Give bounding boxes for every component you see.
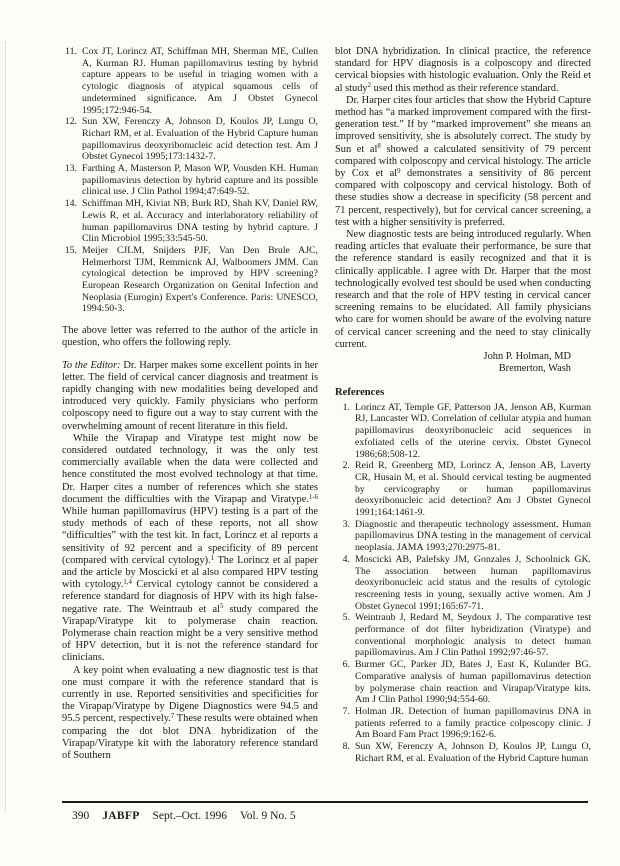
reference-list-right: 1.Lorincz AT, Temple GF, Patterson JA, J… [335, 402, 591, 765]
page-body: 11.Cox JT, Lorincz AT, Schiffman MH, She… [62, 46, 592, 802]
reference-item: 1.Lorincz AT, Temple GF, Patterson JA, J… [335, 402, 591, 461]
reply-paragraph-harper-cites: Dr. Harper cites four articles that show… [335, 95, 591, 229]
reference-item: 3.Diagnostic and therapeutic technology … [335, 519, 591, 554]
reply-paragraph-keypoint: A key point when evaluating a new diagno… [62, 665, 318, 763]
reference-list-left: 11.Cox JT, Lorincz AT, Schiffman MH, She… [62, 46, 318, 315]
right-column: blot DNA hybridization. In clinical prac… [335, 46, 591, 802]
issue-date: Sept.–Oct. 1996 [153, 810, 227, 822]
footer-divider-rule [62, 801, 588, 803]
reference-number: 1. [335, 402, 350, 414]
reference-number: 14. [62, 198, 77, 210]
reply-paragraph-virapap: While the Virapap and Viratype test migh… [62, 433, 318, 665]
reference-item: 7.Holman JR. Detection of human papillom… [335, 706, 591, 741]
reference-number: 2. [335, 460, 350, 472]
signature-name: John P. Holman, MD [335, 351, 591, 363]
reference-item: 14.Schiffman MH, Kiviat NB, Burk RD, Sha… [62, 198, 318, 245]
left-column: 11.Cox JT, Lorincz AT, Schiffman MH, She… [62, 46, 318, 802]
reference-text: Farthing A, Masterson P, Mason WP, Vousd… [82, 163, 318, 197]
reference-number: 5. [335, 612, 350, 624]
reference-item: 11.Cox JT, Lorincz AT, Schiffman MH, She… [62, 46, 318, 116]
reference-item: 2.Reid R, Greenberg MD, Lorincz A, Jenso… [335, 460, 591, 519]
reference-number: 12. [62, 116, 77, 128]
reference-number: 4. [335, 554, 350, 566]
reference-item: 13.Farthing A, Masterson P, Mason WP, Vo… [62, 163, 318, 198]
reference-number: 8. [335, 741, 350, 753]
reference-number: 3. [335, 519, 350, 531]
reference-text: Meijer CJLM, Snijders PJF, Van Den Brule… [82, 245, 318, 315]
page-number: 390 [72, 810, 89, 822]
reply-paragraph-new-tests: New diagnostic tests are being introduce… [335, 229, 591, 351]
reference-number: 11. [62, 46, 77, 58]
reference-item: 6.Burmer GC, Parker JD, Bates J, East K,… [335, 659, 591, 706]
reply-opening-paragraph: To the Editor: Dr. Harper makes some exc… [62, 360, 318, 433]
journal-page: 11.Cox JT, Lorincz AT, Schiffman MH, She… [0, 0, 620, 866]
reference-text: Schiffman MH, Kiviat NB, Burk RD, Shah K… [82, 198, 318, 244]
reference-text: Cox JT, Lorincz AT, Schiffman MH, Sherma… [82, 46, 318, 116]
journal-abbreviation: JABFP [102, 810, 139, 822]
reference-text: Moscicki AB, Palefsky JM, Gonzales J, Sc… [355, 554, 591, 612]
reference-text: Sun XW, Ferenczy A, Johnson D, Koulos JP… [82, 116, 318, 162]
reference-text: Weintraub J, Redard M, Seydoux J. The co… [355, 612, 591, 658]
reference-text: Lorincz AT, Temple GF, Patterson JA, Jen… [355, 402, 591, 460]
reference-item: 5.Weintraub J, Redard M, Seydoux J. The … [335, 612, 591, 659]
signature-location: Bremerton, Wash [335, 363, 591, 375]
reference-item: 8.Sun XW, Ferenczy A, Johnson D, Koulos … [335, 741, 591, 764]
reference-text: Diagnostic and therapeutic technology as… [355, 519, 591, 553]
scan-edge-artifact [5, 42, 6, 812]
reference-number: 15. [62, 245, 77, 257]
reply-paragraph-continuation: blot DNA hybridization. In clinical prac… [335, 46, 591, 95]
editor-referral-note: The above letter was referred to the aut… [62, 325, 318, 349]
reference-text: Burmer GC, Parker JD, Bates J, East K, K… [355, 659, 591, 705]
reference-item: 4.Moscicki AB, Palefsky JM, Gonzales J, … [335, 554, 591, 613]
reference-number: 13. [62, 163, 77, 175]
reference-number: 6. [335, 659, 350, 671]
reference-text: Reid R, Greenberg MD, Lorincz A, Jenson … [355, 460, 591, 518]
references-heading: References [335, 387, 591, 399]
volume-number: Vol. 9 No. 5 [240, 810, 296, 822]
reference-text: Sun XW, Ferenczy A, Johnson D, Koulos JP… [355, 741, 591, 764]
reference-number: 7. [335, 706, 350, 718]
reference-item: 12.Sun XW, Ferenczy A, Johnson D, Koulos… [62, 116, 318, 163]
reference-item: 15.Meijer CJLM, Snijders PJF, Van Den Br… [62, 245, 318, 315]
footer: 390JABFPSept.–Oct. 1996Vol. 9 No. 5 [72, 810, 309, 822]
reference-text: Holman JR. Detection of human papillomav… [355, 706, 591, 740]
